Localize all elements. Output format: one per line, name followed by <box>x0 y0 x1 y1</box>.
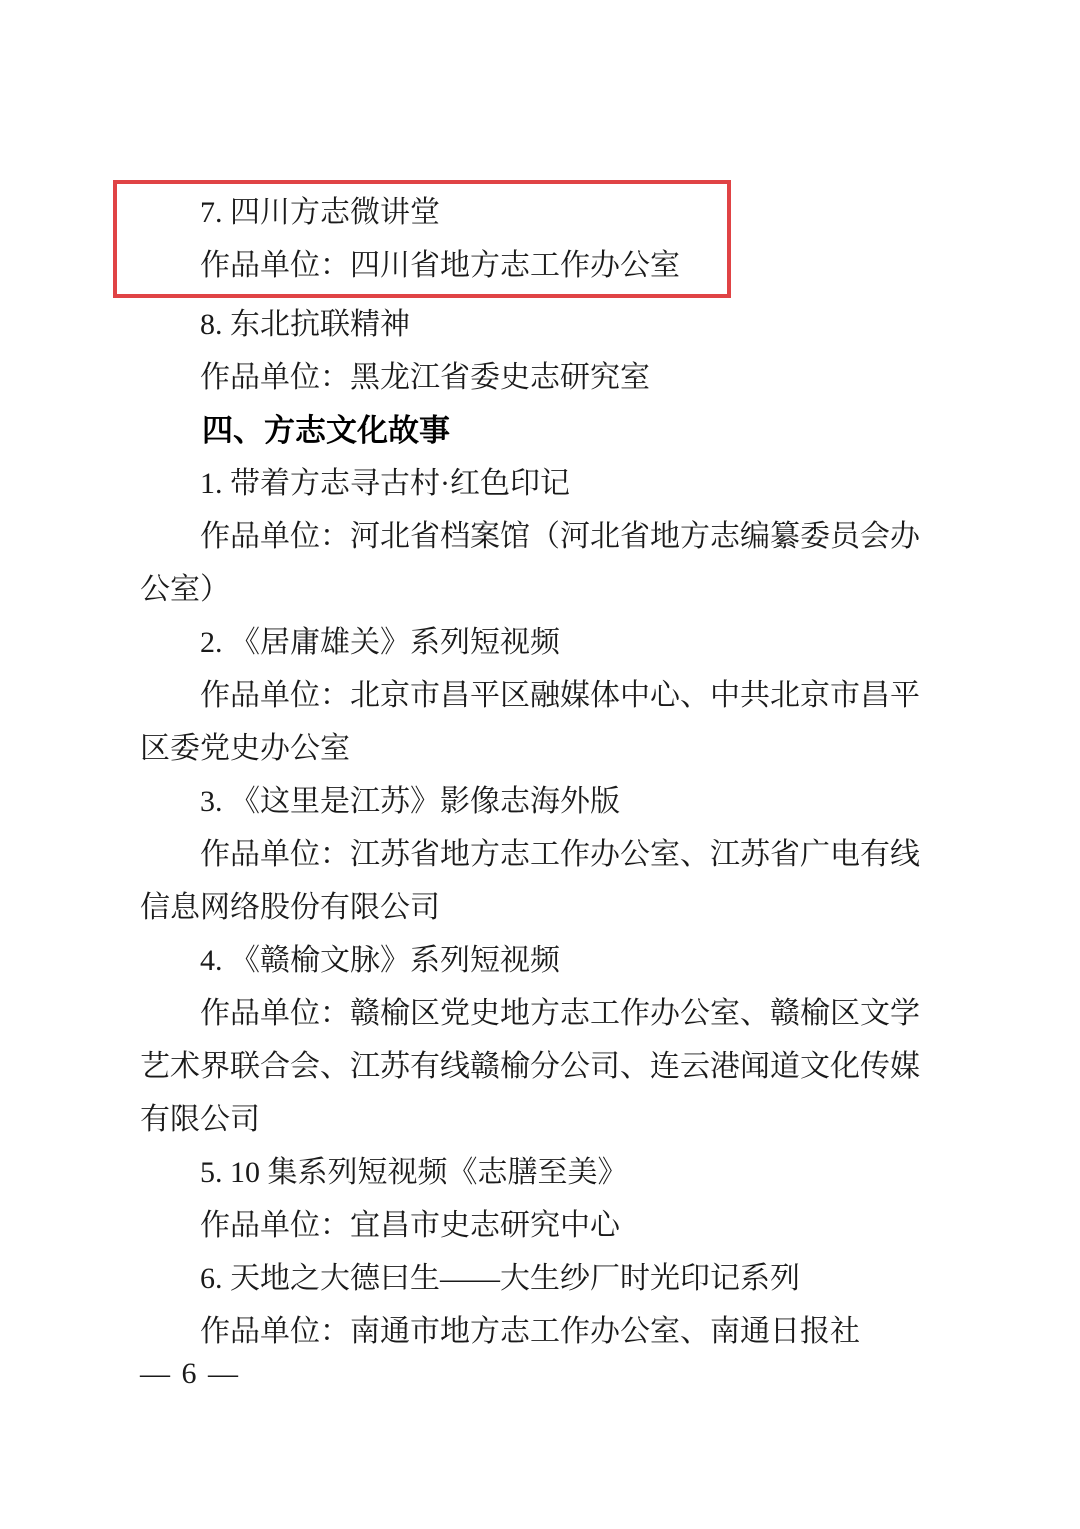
item-4-title: 4. 《赣榆文脉》系列短视频 <box>140 934 940 987</box>
item-6-unit: 作品单位：南通市地方志工作办公室、南通日报社 <box>140 1305 940 1358</box>
item-3-unit: 作品单位：江苏省地方志工作办公室、江苏省广电有线信息网络股份有限公司 <box>140 828 940 934</box>
item-8-title: 8. 东北抗联精神 <box>140 298 940 351</box>
item-7-title: 7. 四川方志微讲堂 <box>140 186 721 239</box>
section-heading: 四、方志文化故事 <box>140 404 940 457</box>
highlight-box: 7. 四川方志微讲堂 作品单位：四川省地方志工作办公室 <box>113 180 731 298</box>
item-6-title: 6. 天地之大德曰生——大生纱厂时光印记系列 <box>140 1252 940 1305</box>
item-7-unit: 作品单位：四川省地方志工作办公室 <box>140 239 721 292</box>
item-8-unit: 作品单位：黑龙江省委史志研究室 <box>140 351 940 404</box>
award-list: 7. 四川方志微讲堂 作品单位：四川省地方志工作办公室 8. 东北抗联精神 作品… <box>140 180 940 1358</box>
item-5-title: 5. 10 集系列短视频《志膳至美》 <box>140 1146 940 1199</box>
item-4-unit: 作品单位：赣榆区党史地方志工作办公室、赣榆区文学艺术界联合会、江苏有线赣榆分公司… <box>140 987 940 1146</box>
page-number: — 6 — <box>140 1352 240 1396</box>
item-1-unit: 作品单位：河北省档案馆（河北省地方志编纂委员会办公室） <box>140 510 940 616</box>
item-2-unit: 作品单位：北京市昌平区融媒体中心、中共北京市昌平区委党史办公室 <box>140 669 940 775</box>
item-2-title: 2. 《居庸雄关》系列短视频 <box>140 616 940 669</box>
document-page: 7. 四川方志微讲堂 作品单位：四川省地方志工作办公室 8. 东北抗联精神 作品… <box>0 0 1080 1529</box>
item-1-title: 1. 带着方志寻古村·红色印记 <box>140 457 940 510</box>
item-5-unit: 作品单位：宜昌市史志研究中心 <box>140 1199 940 1252</box>
item-3-title: 3. 《这里是江苏》影像志海外版 <box>140 775 940 828</box>
